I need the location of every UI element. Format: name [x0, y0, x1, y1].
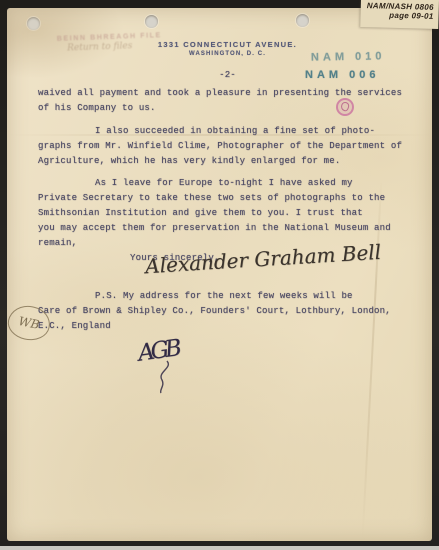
- body-line: Agriculture, which he has very kindly en…: [38, 154, 432, 169]
- nam-reference-stamp-2: NAM 006: [305, 69, 379, 81]
- body-line: you may accept them for preservation in …: [38, 221, 432, 236]
- letterhead-street: 1331 CONNECTICUT AVENUE.: [125, 40, 330, 49]
- pink-stamp-glyph: [340, 101, 351, 112]
- letterhead-city: WASHINGTON, D. C.: [125, 51, 330, 57]
- monogram-flourish: [153, 360, 179, 394]
- letterhead-address: 1331 CONNECTICUT AVENUE. WASHINGTON, D. …: [125, 40, 330, 57]
- archive-corner-label: NAM/NASH 0806 page 09-01: [360, 0, 439, 29]
- postscript: P.S. My address for the next few weeks w…: [38, 289, 432, 334]
- body-line: As I leave for Europe to-night I have as…: [38, 176, 432, 191]
- postscript-line: Care of Brown & Shipley Co., Founders' C…: [38, 304, 432, 319]
- archive-label-line2: page 09-01: [360, 10, 433, 21]
- punch-hole-icon: [296, 14, 309, 27]
- postscript-line: E.C., England: [38, 319, 432, 334]
- scanned-letter-page: BEINN BHREAGH FILE Return to files 1331 …: [0, 0, 439, 550]
- pink-circular-stamp-icon: [336, 98, 354, 116]
- punch-hole-icon: [27, 17, 40, 30]
- body-line: I also succeeded in obtaining a fine set…: [38, 124, 432, 139]
- body-line: graphs from Mr. Winfield Clime, Photogra…: [38, 139, 432, 154]
- nam-reference-stamp-1: NAM 010: [311, 50, 386, 63]
- body-line: Smithsonian Institution and give them to…: [38, 206, 432, 221]
- body-paragraph-1: waived all payment and took a pleasure i…: [38, 86, 432, 116]
- postscript-line: P.S. My address for the next few weeks w…: [38, 289, 432, 304]
- letter-paper: BEINN BHREAGH FILE Return to files 1331 …: [7, 8, 432, 541]
- page-number: -2-: [125, 68, 330, 83]
- body-line: of his Company to us.: [38, 101, 432, 116]
- body-line: waived all payment and took a pleasure i…: [38, 86, 432, 101]
- body-line: Private Secretary to take these two sets…: [38, 191, 432, 206]
- body-paragraph-2: I also succeeded in obtaining a fine set…: [38, 124, 432, 169]
- punch-hole-icon: [145, 15, 158, 28]
- margin-initials: WB: [17, 314, 41, 332]
